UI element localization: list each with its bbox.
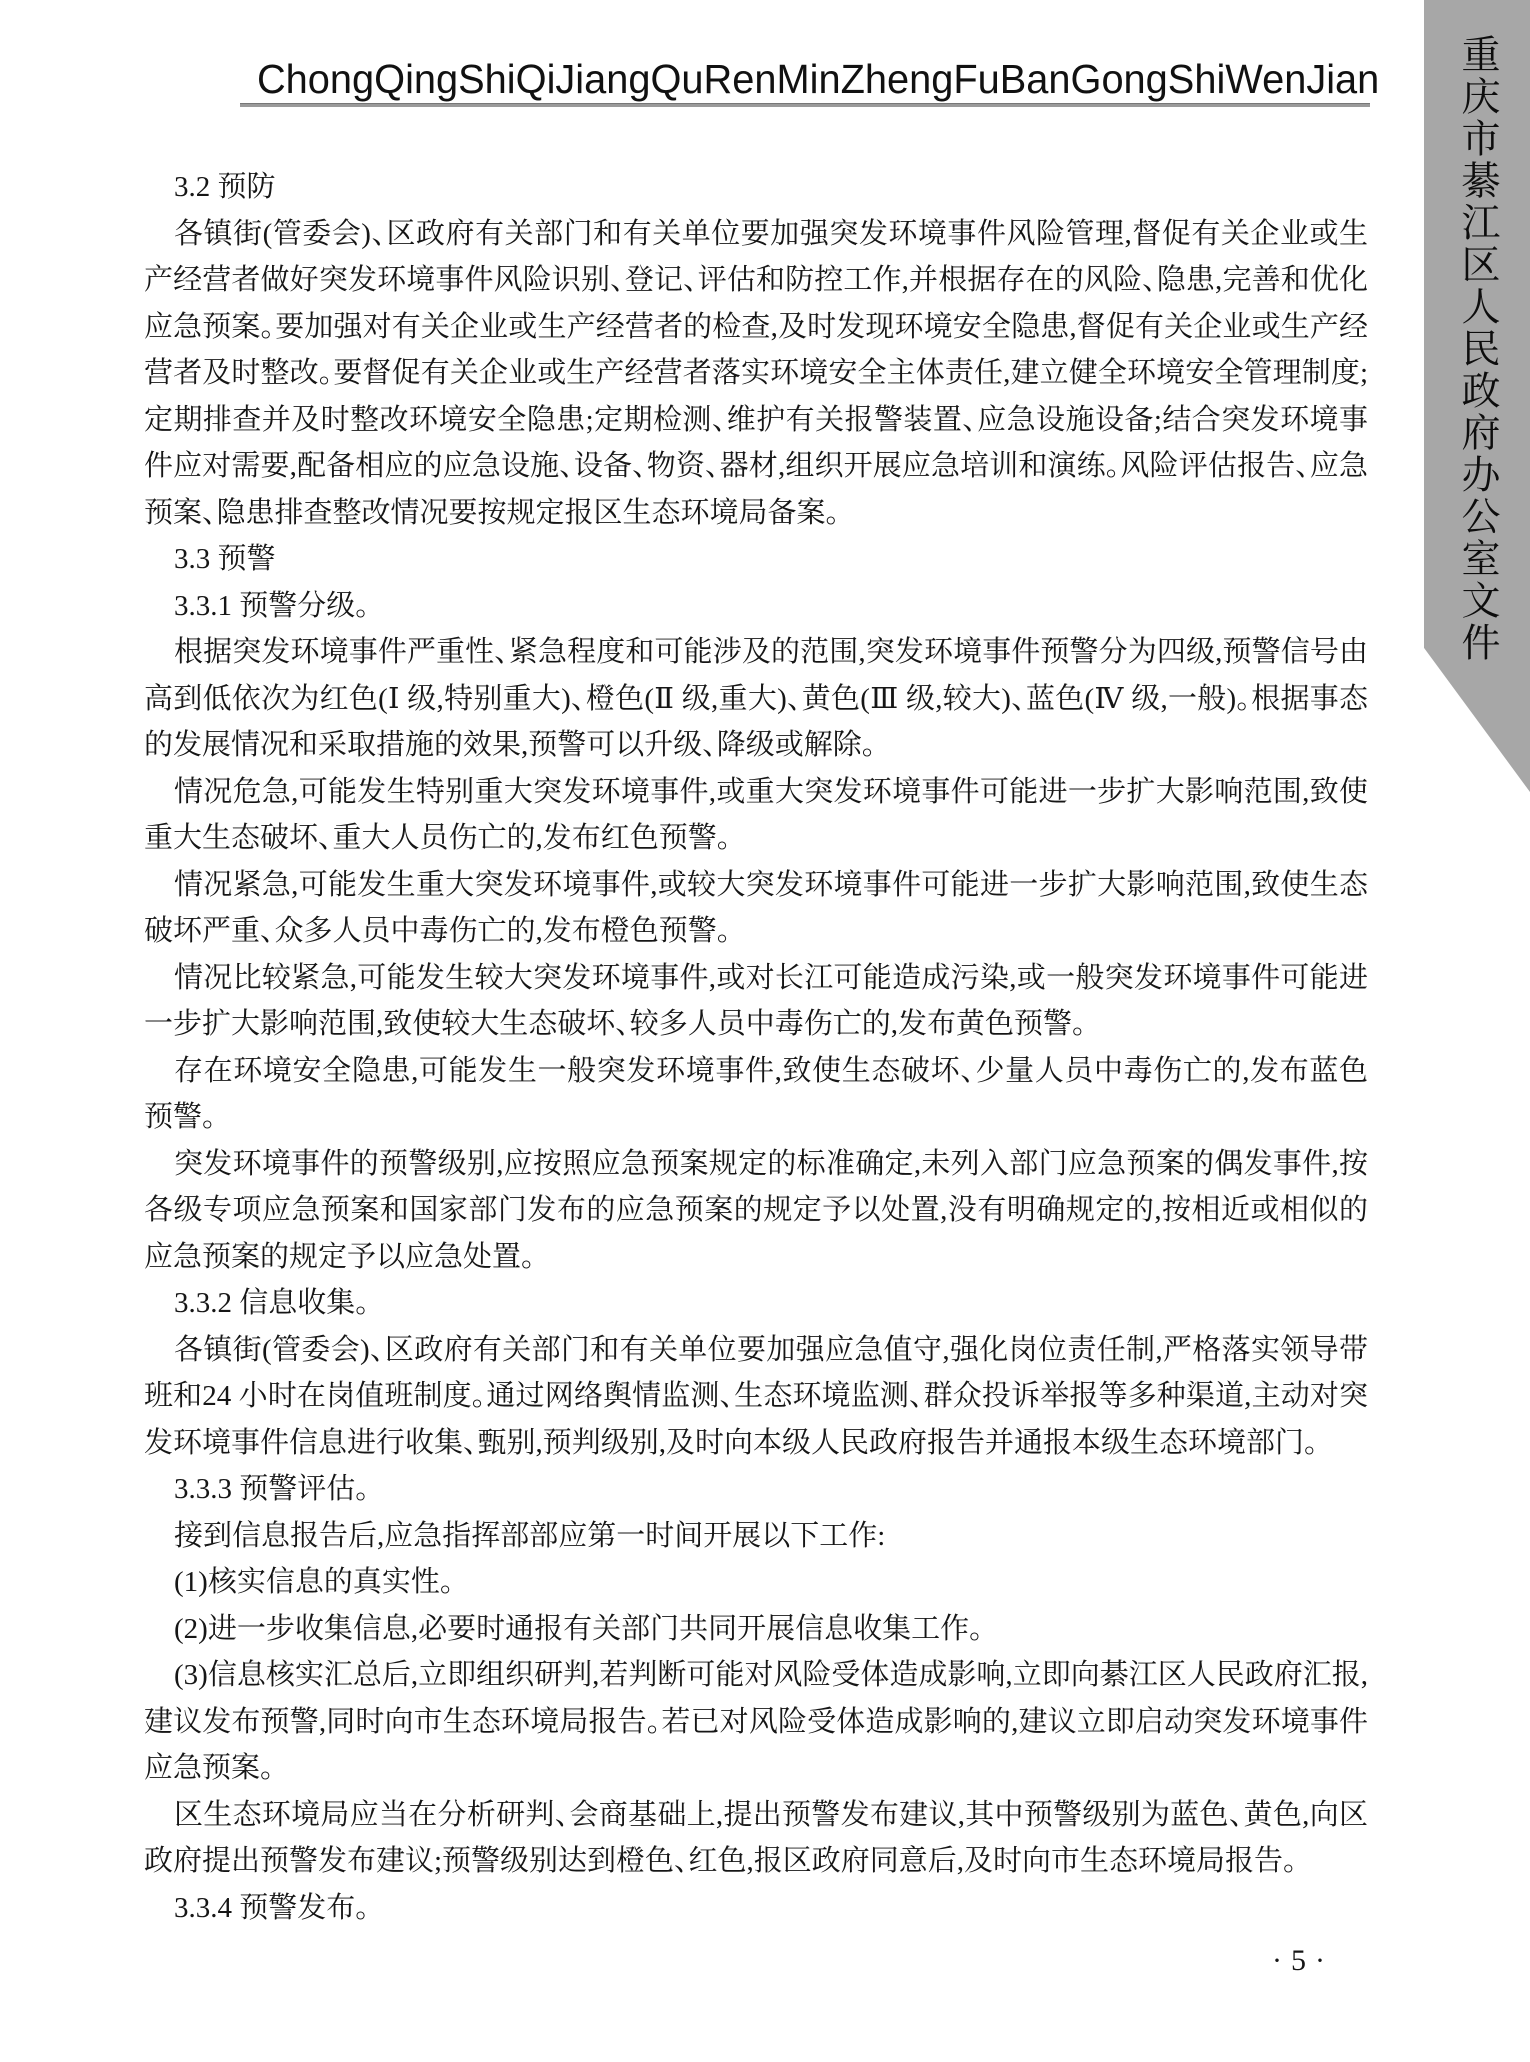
body-paragraph: 各镇街(管委会)、区政府有关部门和有关单位要加强应急值守,强化岗位责任制,严格落… <box>144 1327 1368 1467</box>
body-paragraph: 情况比较紧急,可能发生较大突发环境事件,或对长江可能造成污染,或一般突发环境事件… <box>144 955 1368 1048</box>
body-paragraph: 区生态环境局应当在分析研判、会商基础上,提出预警发布建议,其中预警级别为蓝色、黄… <box>144 1792 1368 1885</box>
body-paragraph: 突发环境事件的预警级别,应按照应急预案规定的标准确定,未列入部门应急预案的偶发事… <box>144 1141 1368 1281</box>
body-paragraph: (3)信息核实汇总后,立即组织研判,若判断可能对风险受体造成影响,立即向綦江区人… <box>144 1652 1368 1792</box>
section-heading: 3.3.3 预警评估。 <box>144 1466 1368 1513</box>
section-heading: 3.3.4 预警发布。 <box>144 1885 1368 1932</box>
body-paragraph: 接到信息报告后,应急指挥部部应第一时间开展以下工作: <box>144 1513 1368 1560</box>
body-paragraph: (2)进一步收集信息,必要时通报有关部门共同开展信息收集工作。 <box>144 1606 1368 1653</box>
body-paragraph: 各镇街(管委会)、区政府有关部门和有关单位要加强突发环境事件风险管理,督促有关企… <box>144 211 1368 537</box>
side-banner-text: 重庆市綦江区人民政府办公室文件 <box>1424 0 1530 694</box>
side-banner: 重庆市綦江区人民政府办公室文件 <box>1424 0 1530 792</box>
section-heading: 3.3.1 预警分级。 <box>144 583 1368 630</box>
header-romanized-title: ChongQingShiQiJiangQuRenMinZhengFuBanGon… <box>257 57 1353 101</box>
body-paragraph: 存在环境安全隐患,可能发生一般突发环境事件,致使生态破坏、少量人员中毒伤亡的,发… <box>144 1048 1368 1141</box>
section-heading: 3.3.2 信息收集。 <box>144 1280 1368 1327</box>
body-paragraph: 根据突发环境事件严重性、紧急程度和可能涉及的范围,突发环境事件预警分为四级,预警… <box>144 629 1368 769</box>
page-number: ·5· <box>1272 1944 1334 1978</box>
document-body: 3.2 预防各镇街(管委会)、区政府有关部门和有关单位要加强突发环境事件风险管理… <box>144 164 1368 1931</box>
document-page: ChongQingShiQiJiangQuRenMinZhengFuBanGon… <box>0 0 1530 2062</box>
header-rule <box>240 103 1370 107</box>
section-heading: 3.3 预警 <box>144 536 1368 583</box>
section-heading: 3.2 预防 <box>144 164 1368 211</box>
body-paragraph: 情况紧急,可能发生重大突发环境事件,或较大突发环境事件可能进一步扩大影响范围,致… <box>144 862 1368 955</box>
body-paragraph: 情况危急,可能发生特别重大突发环境事件,或重大突发环境事件可能进一步扩大影响范围… <box>144 769 1368 862</box>
body-paragraph: (1)核实信息的真实性。 <box>144 1559 1368 1606</box>
